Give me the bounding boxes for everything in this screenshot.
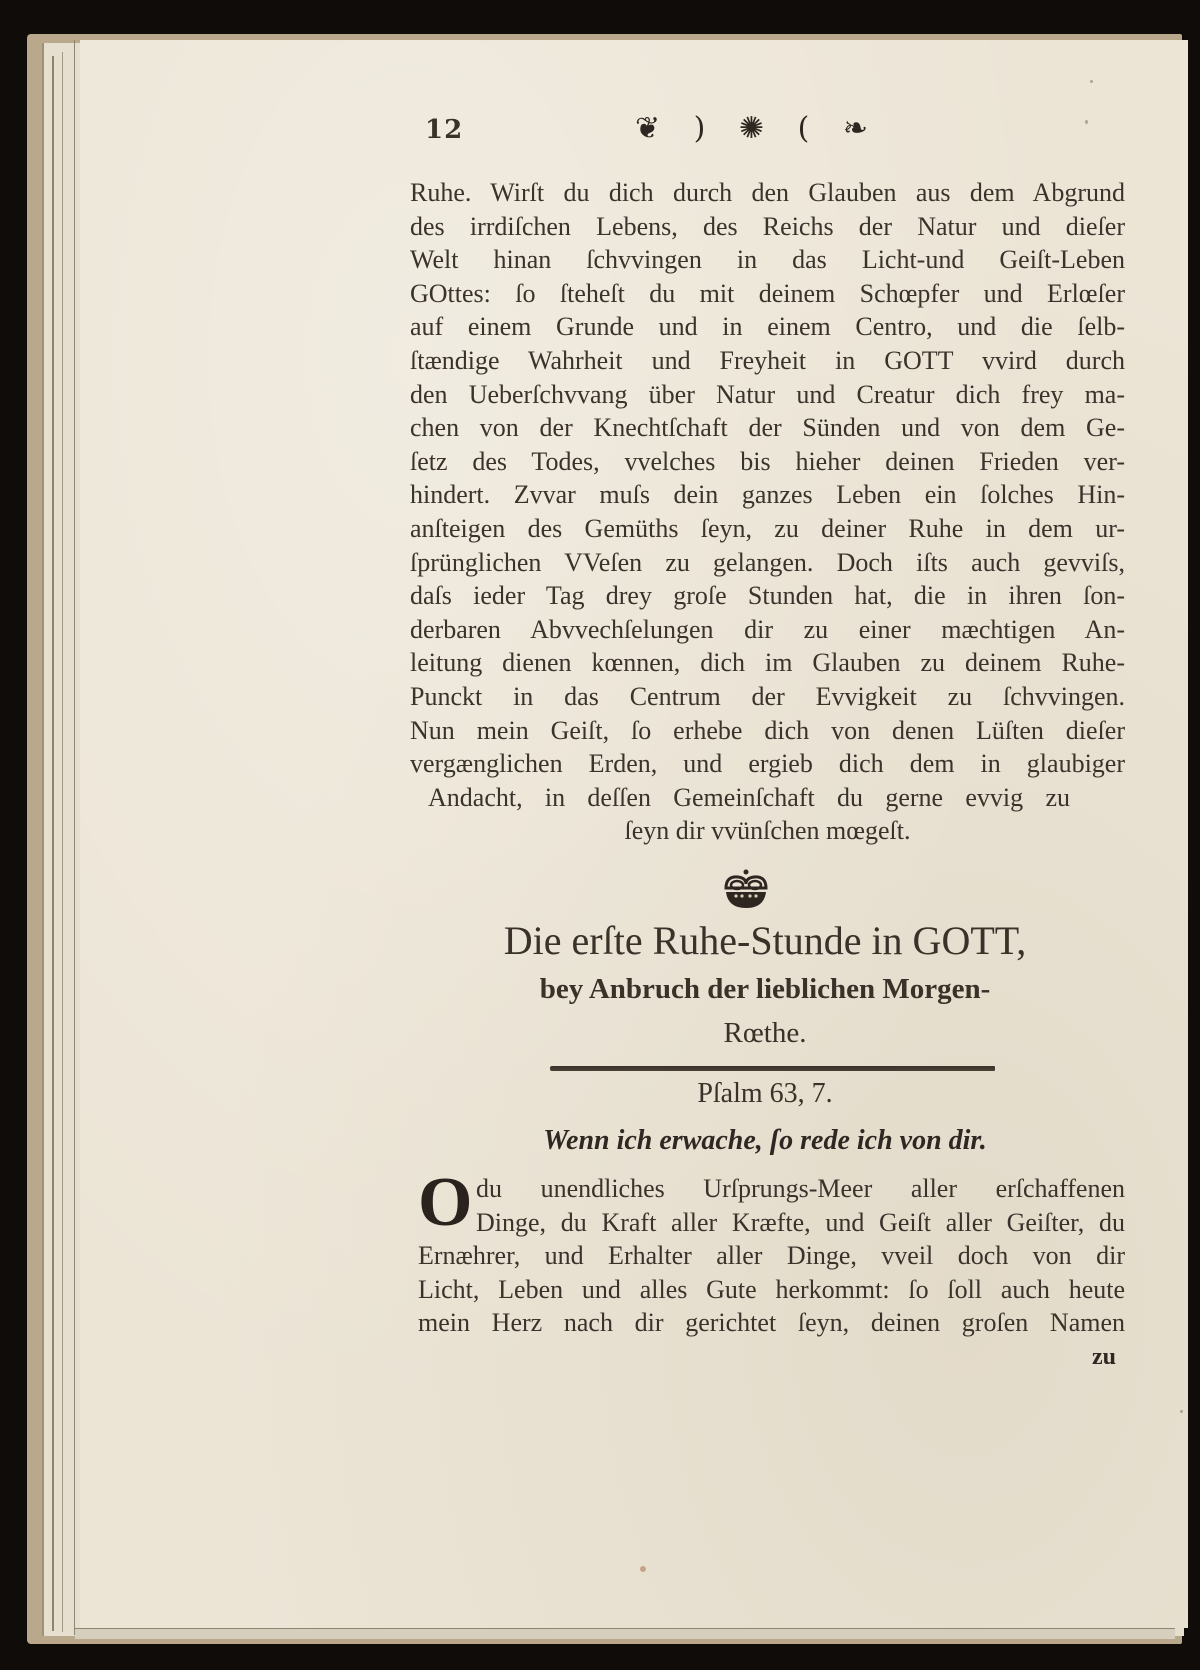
header-ornament-icon: ❦ ) ✺ ( ❧	[635, 111, 880, 146]
page-number: 12	[425, 115, 463, 145]
running-header: 12 ❦ ) ✺ ( ❧	[425, 115, 885, 155]
prayer-paragraph: du unendliches Urſprungs-Meer aller erſc…	[418, 1172, 1125, 1340]
text-line: anſteigen des Gemüths ſeyn, zu deiner Ru…	[410, 512, 1125, 546]
text-line: ſeyn dir vvünſchen mœgeſt.	[410, 814, 1125, 848]
text-line: chen von der Knechtſchaft der Sünden und…	[410, 411, 1125, 445]
text-line: den Ueberſchvvang über Natur und Creatur…	[410, 378, 1125, 412]
body-paragraph: Ruhe. Wirſt du dich durch den Glauben au…	[410, 176, 1125, 848]
text-line: vergænglichen Erden, und ergieb dich dem…	[410, 747, 1125, 781]
catchword: zu	[1092, 1344, 1116, 1371]
text-line: auf einem Grunde und in einem Centro, un…	[410, 310, 1125, 344]
leaf-edge	[74, 40, 75, 1635]
text-line: GOttes: ſo ſteheſt du mit deinem Schœpfe…	[410, 277, 1125, 311]
text-line: leitung dienen kœnnen, dich im Glauben z…	[410, 646, 1125, 680]
text-line: Ernæhrer, und Erhalter aller Dinge, vvei…	[418, 1239, 1125, 1273]
section-title: Die erſte Ruhe-Stunde in GOTT,	[420, 915, 1110, 967]
section-subtitle: Rœthe.	[420, 1011, 1110, 1055]
text-line: hindert. Zvvar muſs dein ganzes Leben ei…	[410, 478, 1125, 512]
text-line: des irrdiſchen Lebens, des Reichs der Na…	[410, 210, 1125, 244]
text-line: Nun mein Geiſt, ſo erhebe dich von denen…	[410, 714, 1125, 748]
leaf-edge	[52, 56, 54, 1631]
text-line: mein Herz nach dir gerichtet ſeyn, deine…	[418, 1306, 1125, 1340]
text-line: Andacht, in deſſen Gemeinſchaft du gerne…	[410, 781, 1125, 815]
text-line: daſs ieder Tag drey groſe Stunden hat, d…	[410, 579, 1125, 613]
text-line: ſtændige Wahrheit und Freyheit in GOTT v…	[410, 344, 1125, 378]
text-line: Punckt in das Centrum der Evvigkeit zu ſ…	[410, 680, 1125, 714]
psalm-verse: Wenn ich erwache, ſo rede ich von dir.	[420, 1125, 1110, 1157]
text-line: Dinge, du Kraft aller Kræfte, und Geiſt …	[418, 1206, 1125, 1240]
text-line: derbaren Abvvechſelungen dir zu einer mæ…	[410, 613, 1125, 647]
text-line: ſetz des Todes, vvelches bis hieher dein…	[410, 445, 1125, 479]
text-line: Welt hinan ſchvvingen in das Licht-und G…	[410, 243, 1125, 277]
section-heading: Die erſte Ruhe-Stunde in GOTT, bey Anbru…	[420, 915, 1110, 1055]
text-line: Licht, Leben und alles Gute herkommt: ſo…	[418, 1273, 1125, 1307]
crown-ornament-icon	[720, 868, 772, 910]
horizontal-rule	[550, 1066, 995, 1071]
leaf-edge	[62, 52, 63, 1632]
text-line: Ruhe. Wirſt du dich durch den Glauben au…	[410, 176, 1125, 210]
leaf-edge-bottom	[75, 1628, 1175, 1639]
text-line: ſprünglichen VVeſen zu gelangen. Doch iſ…	[410, 546, 1125, 580]
text-line: du unendliches Urſprungs-Meer aller erſc…	[418, 1172, 1125, 1206]
section-subtitle: bey Anbruch der lieblichen Morgen-	[420, 967, 1110, 1011]
psalm-reference: Pſalm 63, 7.	[420, 1078, 1110, 1110]
